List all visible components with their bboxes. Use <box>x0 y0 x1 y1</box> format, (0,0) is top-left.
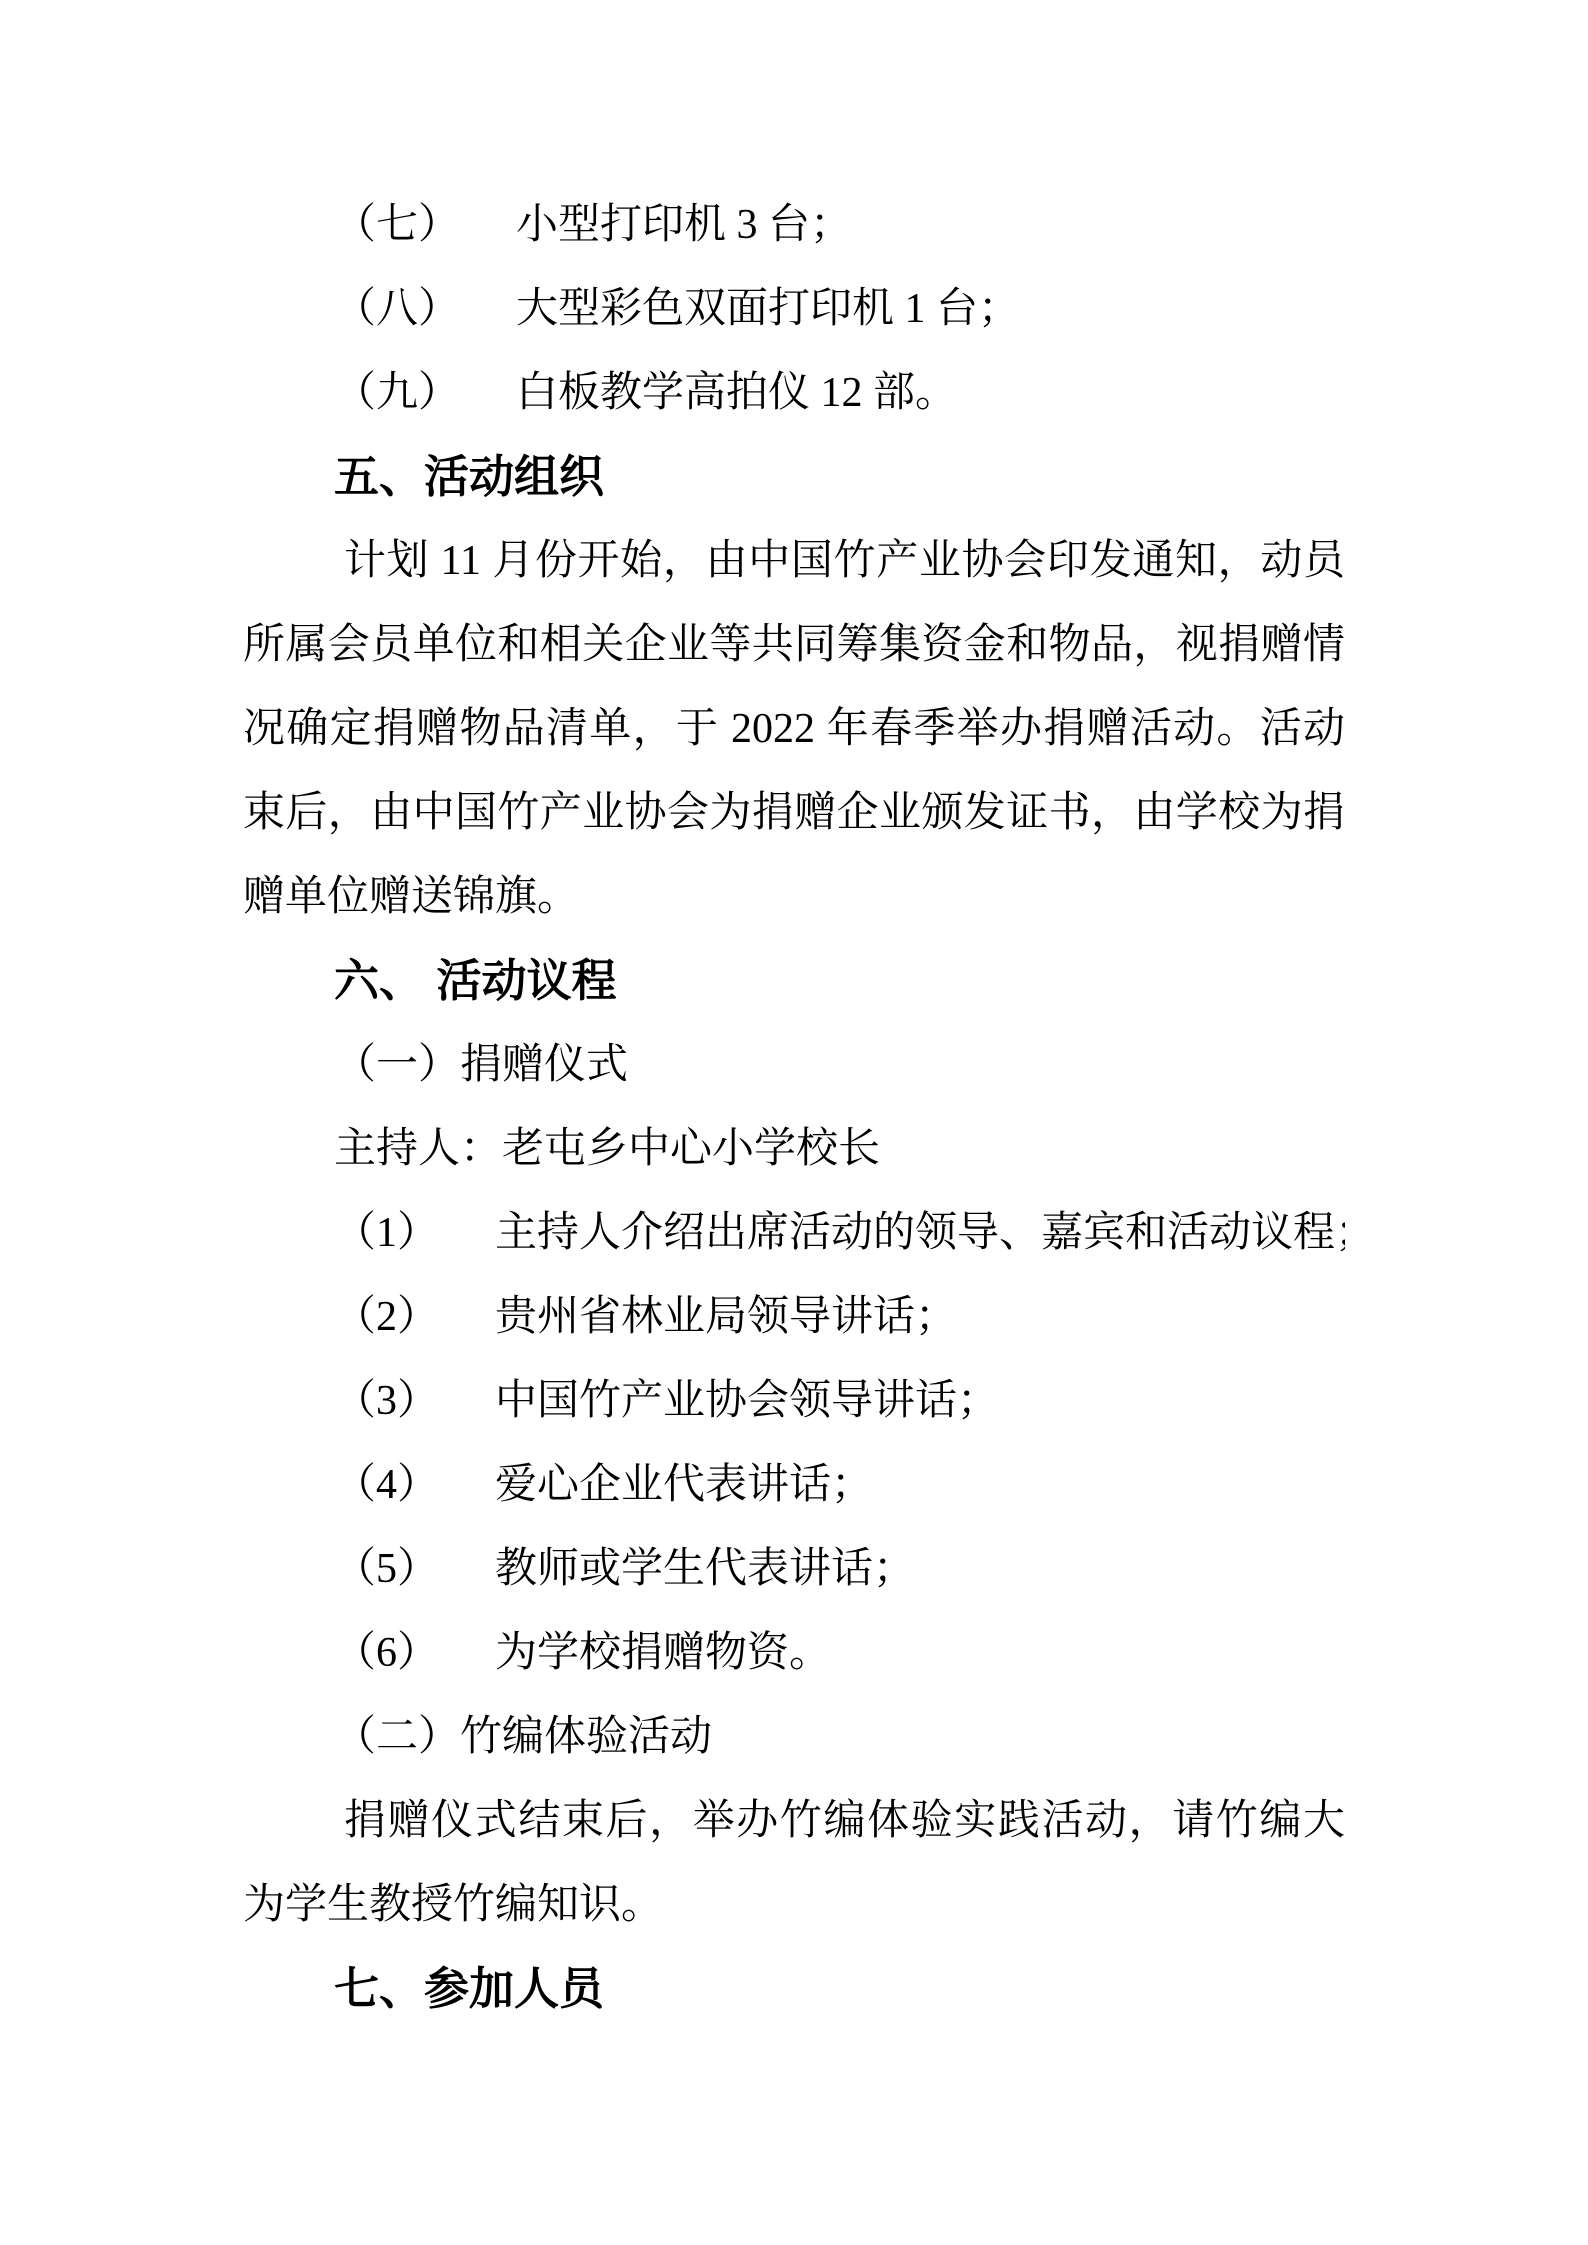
item-number: （6） <box>334 1611 439 1695</box>
item-number: （4） <box>334 1443 439 1527</box>
agenda-item-2: （2）贵州省林业局领导讲话； <box>243 1275 1345 1359</box>
item-number: （3） <box>334 1359 439 1443</box>
item-text: 贵州省林业局领导讲话； <box>495 1294 957 1340</box>
subsection-heading-1: （一）捐赠仪式 <box>243 1023 1345 1107</box>
paragraph-line: 况确定捐赠物品清单，于 2022 年春季举办捐赠活动。活动结 <box>243 687 1345 771</box>
agenda-item-1: （1）主持人介绍出席活动的领导、嘉宾和活动议程； <box>243 1191 1345 1275</box>
item-text: 教师或学生代表讲话； <box>495 1546 915 1592</box>
paragraph-line: 束后，由中国竹产业协会为捐赠企业颁发证书，由学校为捐 <box>243 771 1345 855</box>
item-text: 中国竹产业协会领导讲话； <box>495 1378 999 1424</box>
item-text: 小型打印机 3 台； <box>516 202 852 248</box>
item-text: 为学校捐赠物资。 <box>495 1630 831 1676</box>
document-page: （七）小型打印机 3 台； （八）大型彩色双面打印机 1 台； （九）白板教学高… <box>0 0 1588 2245</box>
item-text: 主持人介绍出席活动的领导、嘉宾和活动议程； <box>495 1210 1345 1256</box>
paragraph-line: 所属会员单位和相关企业等共同筹集资金和物品，视捐赠情 <box>243 603 1345 687</box>
item-text: 爱心企业代表讲话； <box>495 1462 873 1508</box>
paragraph-line: 捐赠仪式结束后，举办竹编体验实践活动，请竹编大师 <box>243 1779 1345 1863</box>
agenda-item-6: （6）为学校捐赠物资。 <box>243 1611 1345 1695</box>
section-heading-6: 六、 活动议程 <box>243 939 1345 1023</box>
item-number: （七） <box>334 183 460 267</box>
host-line: 主持人：老屯乡中心小学校长 <box>243 1107 1345 1191</box>
item-number: （2） <box>334 1275 439 1359</box>
item-number: （八） <box>334 267 460 351</box>
agenda-item-5: （5）教师或学生代表讲话； <box>243 1527 1345 1611</box>
section-heading-7: 七、参加人员 <box>243 1947 1345 2031</box>
item-text: 大型彩色双面打印机 1 台； <box>516 286 1020 332</box>
paragraph-line: 计划 11 月份开始，由中国竹产业协会印发通知，动员 <box>243 519 1345 603</box>
equipment-item-7: （七）小型打印机 3 台； <box>243 183 1345 267</box>
subsection-heading-2: （二）竹编体验活动 <box>243 1695 1345 1779</box>
agenda-item-4: （4）爱心企业代表讲话； <box>243 1443 1345 1527</box>
paragraph-line: 为学生教授竹编知识。 <box>243 1863 1345 1947</box>
section-heading-5: 五、活动组织 <box>243 435 1345 519</box>
equipment-item-9: （九）白板教学高拍仪 12 部。 <box>243 351 1345 435</box>
paragraph-line: 赠单位赠送锦旗。 <box>243 855 1345 939</box>
document-content: （七）小型打印机 3 台； （八）大型彩色双面打印机 1 台； （九）白板教学高… <box>243 183 1345 2031</box>
item-number: （5） <box>334 1527 439 1611</box>
item-number: （1） <box>334 1191 439 1275</box>
item-text: 白板教学高拍仪 12 部。 <box>516 370 957 416</box>
item-number: （九） <box>334 351 460 435</box>
equipment-item-8: （八）大型彩色双面打印机 1 台； <box>243 267 1345 351</box>
agenda-item-3: （3）中国竹产业协会领导讲话； <box>243 1359 1345 1443</box>
